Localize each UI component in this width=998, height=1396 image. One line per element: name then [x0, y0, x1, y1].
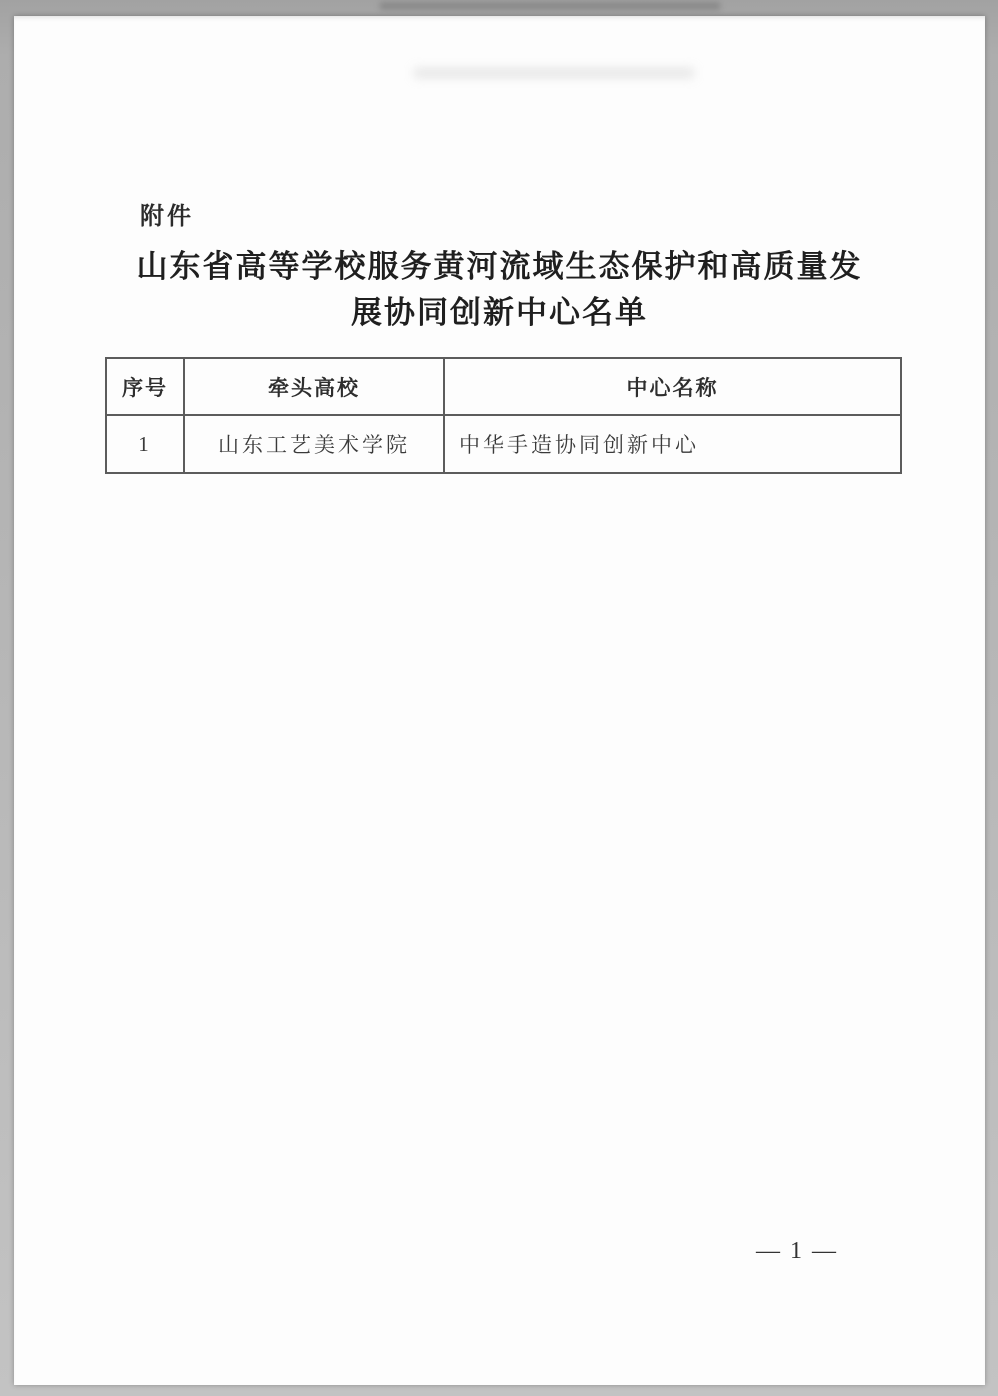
- col-header-university: 牵头高校: [184, 358, 444, 415]
- document-page: 附件 山东省高等学校服务黄河流域生态保护和高质量发 展协同创新中心名单 序号 牵…: [14, 16, 985, 1385]
- cell-center-name: 中华手造协同创新中心: [444, 415, 901, 473]
- col-header-index: 序号: [106, 358, 184, 415]
- table-header-row: 序号 牵头高校 中心名称: [106, 358, 901, 415]
- scan-artifact: [414, 68, 694, 78]
- cell-index: 1: [106, 415, 184, 473]
- photo-background: 附件 山东省高等学校服务黄河流域生态保护和高质量发 展协同创新中心名单 序号 牵…: [0, 0, 998, 1396]
- cell-university: 山东工艺美术学院: [184, 415, 444, 473]
- col-header-center-name: 中心名称: [444, 358, 901, 415]
- page-number: — 1 —: [756, 1238, 838, 1265]
- title-line-2: 展协同创新中心名单: [351, 295, 648, 330]
- attachment-label: 附件: [140, 196, 194, 231]
- table-row: 1 山东工艺美术学院 中华手造协同创新中心: [106, 415, 901, 473]
- title-line-1: 山东省高等学校服务黄河流域生态保护和高质量发: [137, 249, 863, 284]
- centers-table: 序号 牵头高校 中心名称 1 山东工艺美术学院 中华手造协同创新中心: [105, 357, 902, 474]
- document-title: 山东省高等学校服务黄河流域生态保护和高质量发 展协同创新中心名单: [14, 244, 985, 336]
